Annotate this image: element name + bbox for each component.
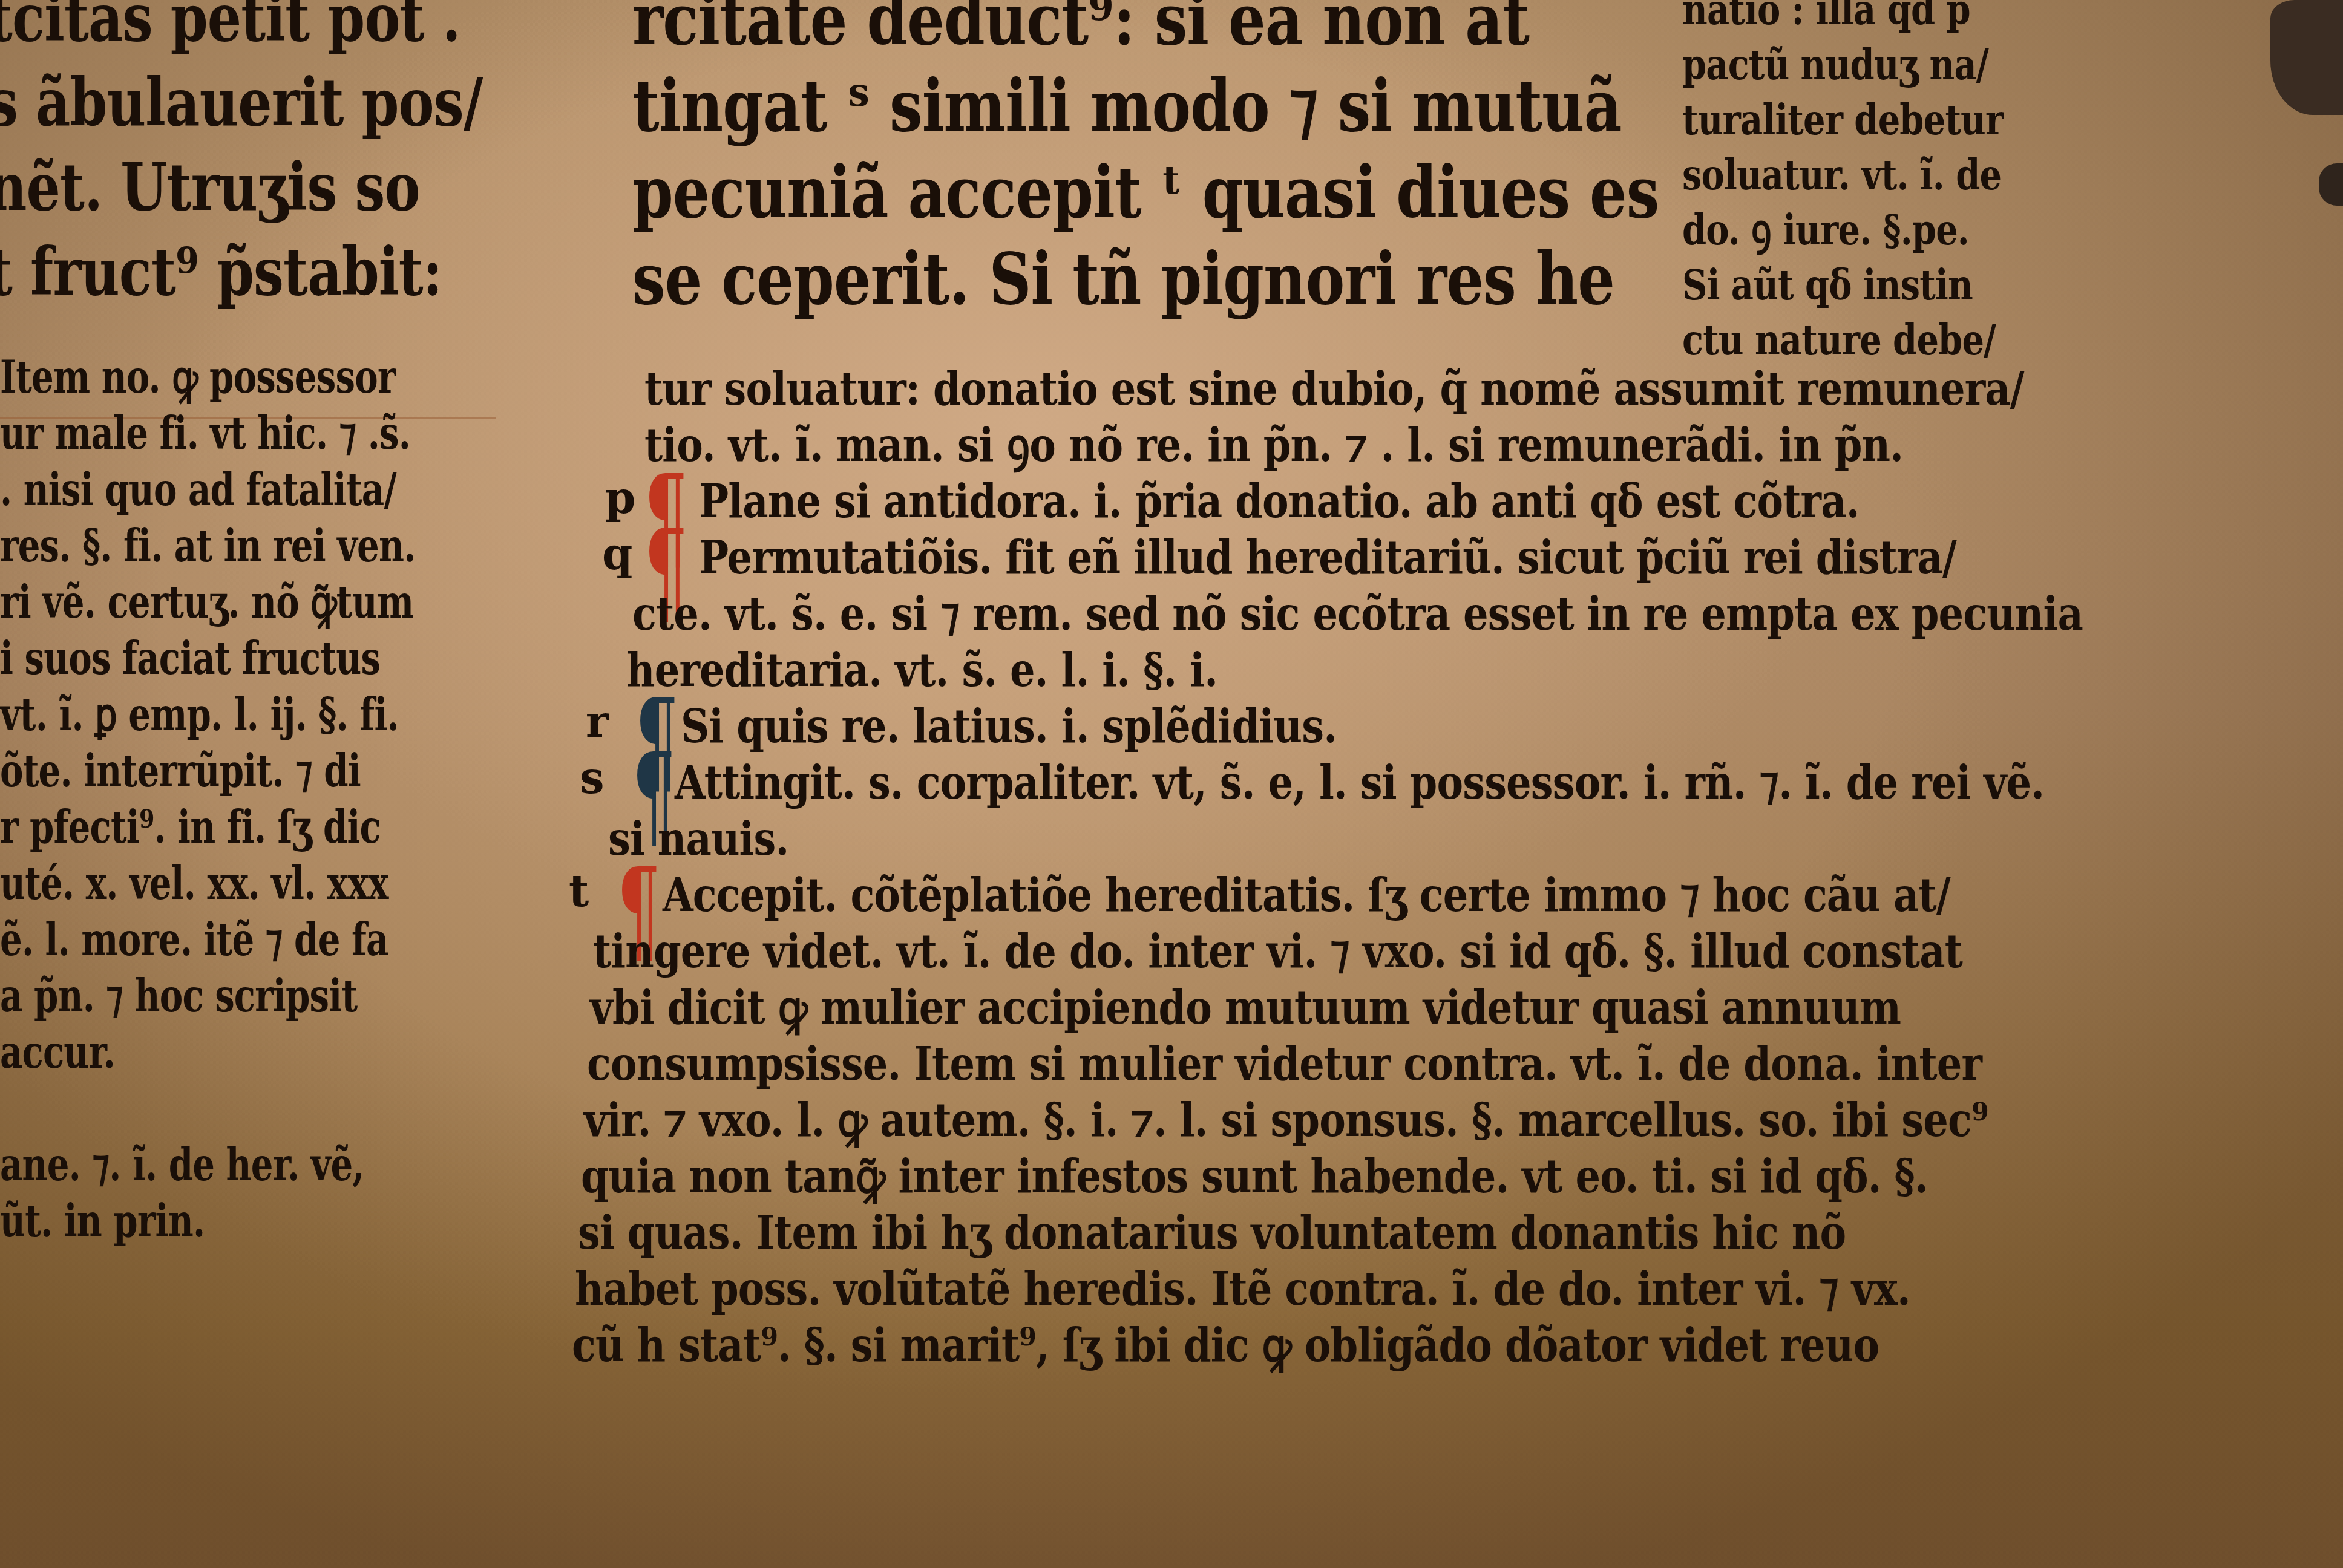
gloss-marker-q: q [602, 528, 632, 580]
text-line: tio. vt. ĩ. man. si ꝯo nõ re. in p̃n. ⁊ … [644, 417, 2085, 473]
text-line: tur soluatur: donatio est sine dubio, q̃… [644, 361, 2085, 417]
dark-background-edge [2270, 0, 2343, 115]
text-line: . nisi quo ad fatalita/ [0, 462, 415, 518]
text-line: do. ꝯ iure. §.pe. [1682, 202, 2003, 257]
text-line: ur male fi. vt hic. ⁊ .s̃. [0, 406, 415, 462]
gloss-marker-r: r [586, 696, 609, 747]
text-line: ctu nature debe/ [1682, 312, 2003, 367]
left-column-main-text: tcitas petit pot . s ãbulauerit pos/ nẽt… [0, 0, 591, 315]
text-line: s ãbulauerit pos/ [0, 60, 482, 145]
text-line: cte. vt. s̃. e. si ⁊ rem. sed nõ sic ecõ… [632, 586, 2083, 642]
text-line: õte. interrũpit. ⁊ di [0, 743, 415, 800]
right-column-gloss: natio : illa qd p pactũ nuduʒ na/ turali… [1682, 0, 2074, 367]
text-line: vt. ĩ. ꝑ emp. l. ij. §. fi. [0, 687, 415, 743]
gloss-marker-p: p [605, 472, 635, 523]
text-line: consumpsisse. Item si mulier videtur con… [587, 1036, 2076, 1092]
text-line: si nauis. [608, 811, 2079, 867]
text-line: a p̃n. ⁊ hoc scripsit [0, 969, 415, 1025]
text-line: Si aũt qδ instin [1682, 257, 2003, 312]
text-line: uté. x. vel. xx. vl. xxx [0, 856, 415, 912]
text-line: soluatur. vt. ĩ. de [1682, 147, 2003, 202]
text-line: pecuniã accepit ᵗ quasi diues es [632, 149, 1659, 235]
text-line: Plane si antidora. i. p̃ria donatio. ab … [699, 473, 2092, 529]
text-line: vir. ⁊ vxo. l. ꝙ autem. §. i. ⁊. l. si s… [584, 1092, 2076, 1148]
text-line: Attingit. s. corpaliter. vt, s̃. e, l. s… [675, 754, 2089, 811]
text-line: hereditaria. vt. s̃. e. l. i. §. i. [626, 642, 2082, 698]
text-line: rcitate deduct⁹: si ea non at [632, 0, 1659, 62]
text-line: vbi dicit ꝙ mulier accipiendo mutuum vid… [590, 979, 2077, 1036]
text-line: Permutatiõis. fit eñ illud hereditariũ. … [699, 529, 2092, 586]
text-line: i suos faciat fructus [0, 631, 415, 687]
text-line: tcitas petit pot . [0, 0, 482, 60]
dark-background-edge-lower [2319, 163, 2343, 206]
text-line: Si quis re. latius. i. splẽdidius. [681, 698, 2089, 754]
text-line: quia non tanꝙ̃ inter infestos sunt haben… [581, 1148, 2076, 1204]
text-line: ũt. in prin. [0, 1194, 415, 1250]
left-column-gloss: Item no. ꝙ possessor ur male fi. vt hic.… [0, 350, 532, 1250]
text-line: habet poss. volũtatẽ heredis. Itẽ contra… [575, 1261, 2075, 1317]
text-line: tingat ˢ simili modo ⁊ si mutuã [632, 62, 1659, 149]
text-line: ri vẽ. certuʒ. nõ ꝙ̃tum [0, 575, 415, 631]
gloss-marker-s: s [580, 752, 605, 803]
text-line: cũ h stat⁹. §. si marit⁹, ſʒ ibi dic ꝙ o… [572, 1317, 2074, 1373]
text-line: se ceperit. Si tñ pignori res he [632, 235, 1659, 322]
center-gloss-block: tur soluatur: donatio est sine dubio, q̃… [644, 361, 2319, 1373]
text-line: turaliter debetur [1682, 92, 2003, 147]
text-line: ane. ⁊. ĩ. de her. vẽ, [0, 1137, 415, 1194]
gloss-marker-t: t [569, 865, 589, 916]
text-line: nẽt. Utruʒis so [0, 145, 482, 230]
text-line: pactũ nuduʒ na/ [1682, 37, 2003, 92]
text-line [0, 1081, 415, 1137]
text-line: t fruct⁹ p̃stabit: [0, 230, 482, 315]
text-line: accur. [0, 1025, 415, 1081]
text-line: natio : illa qd p [1682, 0, 2003, 37]
text-line: si quas. Item ibi hʒ donatarius voluntat… [578, 1204, 2075, 1261]
text-line: r pfecti⁹. in fi. ſʒ dic [0, 800, 415, 856]
text-line: Accepit. cõtẽplatiõe hereditatis. ſʒ cer… [663, 867, 2087, 923]
text-line: Item no. ꝙ possessor [0, 350, 415, 406]
text-line: ẽ. l. more. itẽ ⁊ de fa [0, 912, 415, 969]
text-line: tingere videt. vt. ĩ. de do. inter vi. ⁊… [593, 923, 2077, 979]
text-line: res. §. fi. at in rei ven. [0, 518, 415, 575]
